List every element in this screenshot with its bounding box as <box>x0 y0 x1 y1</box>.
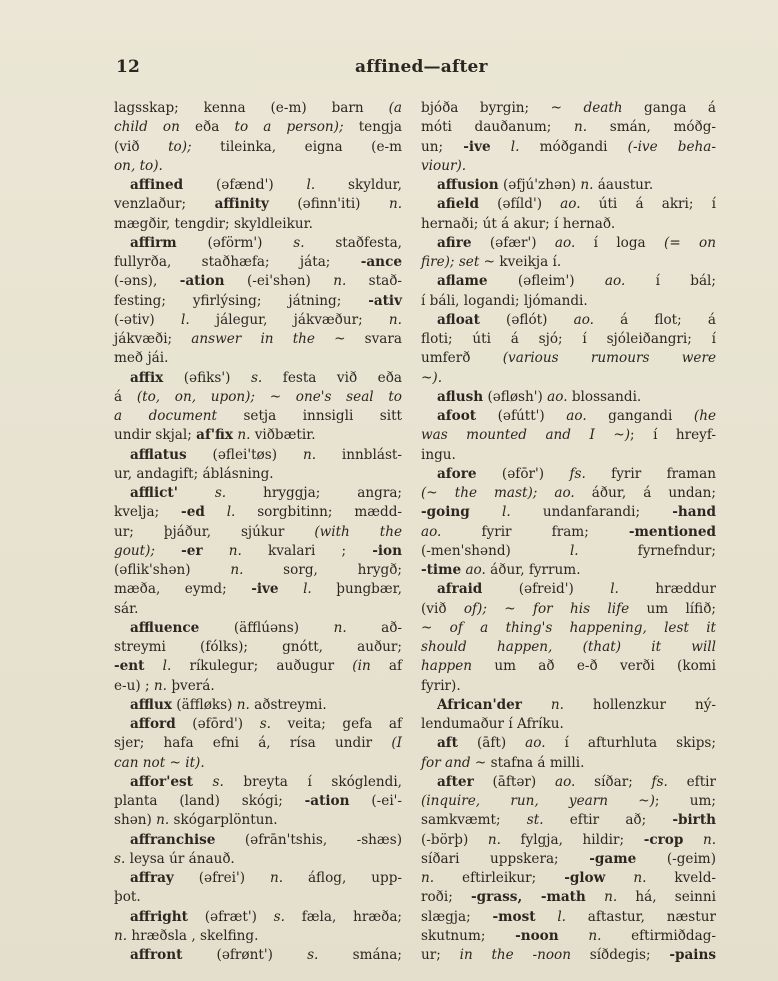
definition-text: áður, fyrrum. <box>486 562 581 578</box>
definition-text: ; í hreyf- <box>630 427 716 443</box>
definition-text: síðari uppskera; <box>421 851 589 867</box>
english-gloss: n. <box>333 273 346 289</box>
definition-text: undanfarandi; <box>511 504 673 520</box>
text-line: floti; úti á sjó; í sjóleiðangri; í <box>421 330 716 349</box>
headword: -mentioned <box>629 524 716 540</box>
definition-text: blossandi. <box>568 389 642 405</box>
dictionary-page: 12 affined—after lagsskap; kenna (e-m) b… <box>0 0 778 981</box>
english-gloss: ao. <box>547 389 567 405</box>
english-gloss: ao. <box>566 408 586 424</box>
definition-text: innblást- <box>316 447 402 463</box>
text-line: fire); set ~ kveikja í. <box>421 253 716 272</box>
definition-text: ; um; <box>655 793 716 809</box>
text-line: viour). <box>421 157 716 176</box>
english-gloss: l. <box>303 581 312 597</box>
definition-text <box>203 543 229 559</box>
english-gloss: l. <box>502 504 511 520</box>
definition-text: samkvæmt; <box>421 812 527 828</box>
definition-text: (əfōrd') <box>176 716 260 732</box>
english-gloss: fire); set ~ <box>421 254 495 270</box>
headword: -hand <box>672 504 716 520</box>
definition-text: (əflei'tøs) <box>187 447 303 463</box>
text-line: afoot (əfútt') ao. gangandi (he <box>421 407 716 426</box>
definition-text: aftastur, næstur <box>566 909 716 925</box>
definition-text <box>491 139 511 155</box>
definition-text: í báli, logandi; ljómandi. <box>421 293 588 309</box>
english-gloss: ~). <box>421 370 442 386</box>
headword: aft <box>437 735 458 751</box>
text-line: affor'est s. breyta í skóglendi, <box>114 773 402 792</box>
definition-text: (əfrān'tshis, -shæs) <box>215 832 402 848</box>
definition-text: móðgandi <box>519 139 627 155</box>
definition-text: viðbætir. <box>250 427 315 443</box>
definition-text <box>559 928 589 944</box>
english-gloss: ao. <box>465 562 485 578</box>
definition-text <box>193 774 213 790</box>
headword: afloat <box>437 312 480 328</box>
english-gloss: n. <box>154 678 167 694</box>
english-gloss: n. <box>604 889 617 905</box>
definition-text: eftirleikur; <box>434 870 564 886</box>
definition-text <box>144 658 162 674</box>
text-line: on, to). <box>114 157 402 176</box>
text-line: ur, andagift; áblásning. <box>114 465 402 484</box>
definition-text: (āftər) <box>474 774 555 790</box>
definition-text: floti; úti á sjó; í sjóleiðangri; í <box>421 331 716 347</box>
definition-text: kvalari ; <box>242 543 372 559</box>
definition-text: í afturhluta skips; <box>546 735 716 751</box>
headword: -most <box>492 909 535 925</box>
text-line: skutnum; -noon n. eftirmiðdag- <box>421 927 716 946</box>
definition-text: hernaði; út á akur; í hernað. <box>421 216 615 232</box>
headword: -ance <box>361 254 402 270</box>
text-line: affined (əfænd') l. skyldur, <box>114 176 402 195</box>
english-gloss: s. <box>114 851 125 867</box>
english-gloss: s. <box>215 485 226 501</box>
text-line: festing; yfirlýsing; játning; -ativ <box>114 292 402 311</box>
text-line: affront (əfrønt') s. smána; <box>114 946 402 965</box>
text-line: can not ~ it). <box>114 754 402 773</box>
text-line: (-əns), -ation (-ei'shən) n. stað- <box>114 272 402 291</box>
definition-text: lagsskap; kenna (e-m) barn <box>114 100 389 116</box>
definition-text: um lífið; <box>629 601 716 617</box>
definition-text: sjer; hafa efni á, rísa undir <box>114 735 391 751</box>
english-gloss: was mounted and I ~) <box>421 427 630 443</box>
definition-text: (əfænd') <box>183 177 306 193</box>
english-gloss: ao. <box>555 235 575 251</box>
definition-text: tengja <box>344 119 402 135</box>
english-gloss: (-ive beha- <box>628 139 716 155</box>
text-line: í báli, logandi; ljómandi. <box>421 292 716 311</box>
definition-text: áflog, upp- <box>283 870 402 886</box>
text-line: móti dauðanum; n. smán, móðg- <box>421 118 716 137</box>
text-line: un; -ive l. móðgandi (-ive beha- <box>421 138 716 157</box>
definition-text: tileinka, eigna (e-m <box>192 139 402 155</box>
text-line: slægja; -most l. aftastur, næstur <box>421 908 716 927</box>
definition-text: (əfútt') <box>476 408 566 424</box>
definition-text: stafna á milli. <box>486 755 584 771</box>
english-gloss: n. <box>237 427 250 443</box>
definition-text: streymi (fólks); gnótt, auður; <box>114 639 402 655</box>
definition-text: ingu. <box>421 447 456 463</box>
english-gloss: (~ the mast); ao. <box>421 485 575 501</box>
headword: -birth <box>672 812 716 828</box>
definition-text <box>536 909 558 925</box>
definition-text: (əfreid') <box>482 581 610 597</box>
english-gloss: ao. <box>574 312 594 328</box>
text-line: fullyrða, staðhæfa; játa; -ance <box>114 253 402 272</box>
definition-text <box>279 581 304 597</box>
headword: -grass, -math <box>471 889 586 905</box>
english-gloss: to a person); <box>234 119 343 135</box>
headword: aflush <box>437 389 483 405</box>
english-gloss: viour). <box>421 158 466 174</box>
english-gloss: s. <box>307 947 318 963</box>
definition-text: áaustur. <box>593 177 653 193</box>
headword: affix <box>130 370 163 386</box>
definition-text <box>155 543 181 559</box>
definition-text: fyrir framan <box>586 466 716 482</box>
headword: affluence <box>130 620 199 636</box>
definition-text: hræðsla , skelfing. <box>127 928 258 944</box>
text-line: umferð (various rumours were <box>421 349 716 368</box>
english-gloss: ao. <box>560 196 580 212</box>
definition-text: (əfōr') <box>477 466 570 482</box>
definition-text: lendumaður í Afríku. <box>421 716 564 732</box>
headword: affusion <box>437 177 499 193</box>
definition-text: planta (land) skógi; <box>114 793 305 809</box>
english-gloss: in the -noon <box>460 947 571 963</box>
headword: -game <box>589 851 636 867</box>
left-column: lagsskap; kenna (e-m) barn (achild on eð… <box>114 99 402 965</box>
text-line: venzlaður; affinity (əfinn'iti) n. <box>114 195 402 214</box>
english-gloss: (he <box>694 408 716 424</box>
definition-text: síðar; <box>575 774 651 790</box>
definition-text: hræddur <box>619 581 716 597</box>
definition-text: kvelja; <box>114 504 181 520</box>
definition-text: fullyrða, staðhæfa; játa; <box>114 254 361 270</box>
headword: af'fix <box>196 427 233 443</box>
english-gloss: n. <box>574 119 587 135</box>
definition-text: breyta í skóglendi, <box>224 774 402 790</box>
text-line: afraid (əfreid') l. hræddur <box>421 580 716 599</box>
text-line: for and ~ stafna á milli. <box>421 754 716 773</box>
running-head: 12 affined—after <box>116 57 716 81</box>
definition-text: fyrir fram; <box>441 524 629 540</box>
definition-text: sár. <box>114 601 138 617</box>
definition-text: bjóða byrgin; <box>421 100 551 116</box>
definition-text: jálegur, jákvæður; <box>190 312 389 328</box>
headword: -pains <box>669 947 716 963</box>
text-line: e-u) ; n. þverá. <box>114 677 402 696</box>
definition-text: (-ətiv) <box>114 312 181 328</box>
definition-text: (əflót) <box>480 312 574 328</box>
english-gloss: ao. <box>555 774 575 790</box>
definition-text: (äffløks) <box>172 697 237 713</box>
english-gloss: n. <box>229 543 242 559</box>
headword: -ation <box>305 793 350 809</box>
english-gloss: happen <box>421 658 472 674</box>
definition-text: staðfesta, <box>305 235 402 251</box>
definition-text: setja innsigli sitt <box>217 408 402 424</box>
headword: afflux <box>130 697 172 713</box>
headword: -ativ <box>368 293 402 309</box>
definition-text: (əfinn'iti) <box>269 196 389 212</box>
definition-text: um að e-ð verði (komi <box>472 658 716 674</box>
english-gloss: n. <box>580 177 593 193</box>
headword: African'der <box>437 697 522 713</box>
definition-text: (əfíld') <box>479 196 560 212</box>
english-gloss: n. <box>633 870 646 886</box>
headword: -ent <box>114 658 144 674</box>
text-line: afford (əfōrd') s. veita; gefa af <box>114 715 402 734</box>
english-gloss: st. <box>527 812 544 828</box>
english-gloss: n. <box>334 620 347 636</box>
english-gloss: of); ~ for his life <box>464 601 629 617</box>
english-gloss: (a <box>389 100 402 116</box>
definition-text <box>683 832 703 848</box>
english-gloss: s. <box>260 716 271 732</box>
text-line: mægðir, tengdir; skyldleikur. <box>114 215 402 234</box>
text-line: affirm (əförm') s. staðfesta, <box>114 234 402 253</box>
definition-text: e-u) ; <box>114 678 154 694</box>
definition-text: (við <box>114 139 168 155</box>
text-line: afloat (əflót) ao. á flot; á <box>421 311 716 330</box>
definition-text <box>178 485 215 501</box>
definition-text: hollenzkur ný- <box>564 697 716 713</box>
definition-text: þungbær, <box>312 581 402 597</box>
definition-text: (əfrei') <box>174 870 270 886</box>
headword: afford <box>130 716 176 732</box>
text-line: shən) n. skógarplöntun. <box>114 811 402 830</box>
english-gloss: n. <box>389 196 402 212</box>
text-line: sár. <box>114 600 402 619</box>
text-line: samkvæmt; st. eftir að; -birth <box>421 811 716 830</box>
definition-text: jákvæði; <box>114 331 191 347</box>
definition-text: svara <box>346 331 403 347</box>
text-line: s. leysa úr ánauð. <box>114 850 402 869</box>
definition-text: á flot; á <box>594 312 716 328</box>
headword: afraid <box>437 581 482 597</box>
text-line: þot. <box>114 888 402 907</box>
definition-text: (-ei'shən) <box>225 273 334 289</box>
headword: affor'est <box>130 774 193 790</box>
text-line: affray (əfrei') n. áflog, upp- <box>114 869 402 888</box>
english-gloss: l. <box>570 543 579 559</box>
headword: affinity <box>215 196 269 212</box>
text-line: (əflik'shən) n. sorg, hrygð; <box>114 561 402 580</box>
english-gloss: l. <box>181 312 190 328</box>
definition-text: (əfiks') <box>163 370 251 386</box>
text-line: happen um að e-ð verði (komi <box>421 657 716 676</box>
english-gloss: ao. <box>421 524 441 540</box>
english-gloss: n. <box>588 928 601 944</box>
definition-text: skutnum; <box>421 928 515 944</box>
english-gloss: on, to). <box>114 158 163 174</box>
text-line: ur; þjáður, sjúkur (with the <box>114 523 402 542</box>
definition-text: áður, á undan; <box>575 485 716 501</box>
text-line: after (āftər) ao. síðar; fs. eftir <box>421 773 716 792</box>
english-gloss: (in <box>352 658 370 674</box>
headword: -ive <box>251 581 278 597</box>
text-line: á (to, on, upon); ~ one's seal to <box>114 388 402 407</box>
english-gloss: (with the <box>314 524 402 540</box>
definition-text: (äfflúəns) <box>199 620 333 636</box>
page-number: 12 <box>116 57 140 77</box>
english-gloss: can not ~ it). <box>114 755 205 771</box>
headword: affright <box>130 909 188 925</box>
text-line: undir skjal; af'fix n. viðbætir. <box>114 426 402 445</box>
definition-text: venzlaður; <box>114 196 215 212</box>
definition-text: sorg, hrygð; <box>243 562 402 578</box>
english-gloss: a document <box>114 408 217 424</box>
english-gloss: ao. <box>525 735 545 751</box>
headword: aflame <box>437 273 488 289</box>
headword: afflatus <box>130 447 187 463</box>
definition-text: (əfrønt') <box>182 947 307 963</box>
text-line: child on eða to a person); tengja <box>114 118 402 137</box>
headword: afore <box>437 466 477 482</box>
definition-text: (əfleim') <box>488 273 605 289</box>
definition-text: eftirmiðdag- <box>601 928 716 944</box>
headword: -er <box>181 543 202 559</box>
text-line: (við of); ~ for his life um lífið; <box>421 600 716 619</box>
text-line: afflux (äffløks) n. aðstreymi. <box>114 696 402 715</box>
text-line: ao. fyrir fram; -mentioned <box>421 523 716 542</box>
text-line: gout); -er n. kvalari ; -ion <box>114 542 402 561</box>
text-line: (inquire, run, yearn ~); um; <box>421 792 716 811</box>
english-gloss: n. <box>237 697 250 713</box>
definition-text: með jái. <box>114 350 168 366</box>
definition-text: eða <box>195 119 234 135</box>
definition-text: mæða, eymd; <box>114 581 251 597</box>
text-line: affluence (äfflúəns) n. að- <box>114 619 402 638</box>
definition-text: þot. <box>114 889 141 905</box>
definition-text: (-əns), <box>114 273 180 289</box>
text-line: African'der n. hollenzkur ný- <box>421 696 716 715</box>
definition-text: smána; <box>318 947 402 963</box>
right-column: bjóða byrgin; ~ death ganga ámóti dauðan… <box>421 99 716 965</box>
definition-text: smán, móðg- <box>587 119 716 135</box>
text-line: streymi (fólks); gnótt, auður; <box>114 638 402 657</box>
text-line: lagsskap; kenna (e-m) barn (a <box>114 99 402 118</box>
definition-text: veita; gefa af <box>271 716 402 732</box>
definition-text: shən) <box>114 812 156 828</box>
text-line: (-men'shənd) l. fyrnefndur; <box>421 542 716 561</box>
english-gloss: n. <box>156 812 169 828</box>
text-line: was mounted and I ~); í hreyf- <box>421 426 716 445</box>
headword: affray <box>130 870 174 886</box>
headword: after <box>437 774 474 790</box>
english-gloss: ao. <box>605 273 625 289</box>
definition-text: sorgbitinn; mædd- <box>235 504 402 520</box>
text-line: affright (əfræt') s. fæla, hræða; <box>114 908 402 927</box>
definition-text: slægja; <box>421 909 492 925</box>
english-gloss: should happen, (that) it will <box>421 639 716 655</box>
definition-text: festing; yfirlýsing; játning; <box>114 293 368 309</box>
definition-text: að- <box>347 620 402 636</box>
english-gloss: n. <box>303 447 316 463</box>
english-gloss: n. <box>114 928 127 944</box>
text-line: ingu. <box>421 446 716 465</box>
text-line: affranchise (əfrān'tshis, -shæs) <box>114 831 402 850</box>
headword: affined <box>130 177 183 193</box>
english-gloss: (various rumours were <box>503 350 716 366</box>
english-gloss: to); <box>168 139 192 155</box>
definition-text: leysa úr ánauð. <box>125 851 234 867</box>
text-line: jákvæði; answer in the ~ svara <box>114 330 402 349</box>
definition-text: undir skjal; <box>114 427 196 443</box>
english-gloss: n. <box>270 870 283 886</box>
headword: afield <box>437 196 479 212</box>
definition-text: á <box>114 389 137 405</box>
english-gloss: n. <box>488 832 501 848</box>
text-line: affix (əfiks') s. festa við eða <box>114 369 402 388</box>
definition-text: (əfræt') <box>188 909 274 925</box>
english-gloss: l. <box>306 177 315 193</box>
definition-text: (-ei'- <box>350 793 403 809</box>
definition-text: (əförm') <box>177 235 294 251</box>
english-gloss: fs. <box>569 466 585 482</box>
english-gloss: s. <box>251 370 262 386</box>
definition-text: fyrnefndur; <box>579 543 716 559</box>
headword: -crop <box>644 832 684 848</box>
text-line: (við to); tileinka, eigna (e-m <box>114 138 402 157</box>
headword: -time <box>421 562 461 578</box>
definition-text <box>205 504 227 520</box>
text-line: fyrir). <box>421 677 716 696</box>
text-line: -time ao. áður, fyrrum. <box>421 561 716 580</box>
definition-text: (əfløsh') <box>483 389 547 405</box>
definition-text: ur; þjáður, sjúkur <box>114 524 314 540</box>
definition-text: af <box>371 658 402 674</box>
text-line: kvelja; -ed l. sorgbitinn; mædd- <box>114 503 402 522</box>
definition-text: ríkulegur; auðugur <box>171 658 352 674</box>
english-gloss: ~ death <box>551 100 623 116</box>
headword: -ation <box>180 273 225 289</box>
english-gloss: s. <box>293 235 304 251</box>
text-line: afire (əfær') ao. í loga (= on <box>421 234 716 253</box>
guide-words: affined—after <box>355 57 488 77</box>
text-line: n. eftirleikur; -glow n. kveld- <box>421 869 716 888</box>
english-gloss: (= on <box>664 235 716 251</box>
definition-text: kveld- <box>646 870 716 886</box>
definition-text: fylgja, hildir; <box>501 832 644 848</box>
english-gloss: (to, on, upon); ~ one's seal to <box>137 389 402 405</box>
definition-text: eftir <box>668 774 716 790</box>
definition-text: umferð <box>421 350 503 366</box>
definition-text: un; <box>421 139 463 155</box>
definition-text: fyrir). <box>421 678 461 694</box>
text-line: ~). <box>421 369 716 388</box>
definition-text: skyldur, <box>315 177 402 193</box>
definition-text: (əfjú'zhən) <box>499 177 581 193</box>
definition-text <box>522 697 551 713</box>
definition-text: í bál; <box>625 273 716 289</box>
text-line: síðari uppskera; -game (-geim) <box>421 850 716 869</box>
definition-text: (-börþ) <box>421 832 488 848</box>
definition-text: (āft) <box>458 735 525 751</box>
text-line: aflush (əfløsh') ao. blossandi. <box>421 388 716 407</box>
headword: affranchise <box>130 832 215 848</box>
definition-text: festa við eða <box>262 370 402 386</box>
text-line: með jái. <box>114 349 402 368</box>
english-gloss: for and ~ <box>421 755 486 771</box>
english-gloss: l. <box>557 909 566 925</box>
definition-text: stað- <box>346 273 402 289</box>
english-gloss: n. <box>230 562 243 578</box>
headword: -ive <box>463 139 490 155</box>
